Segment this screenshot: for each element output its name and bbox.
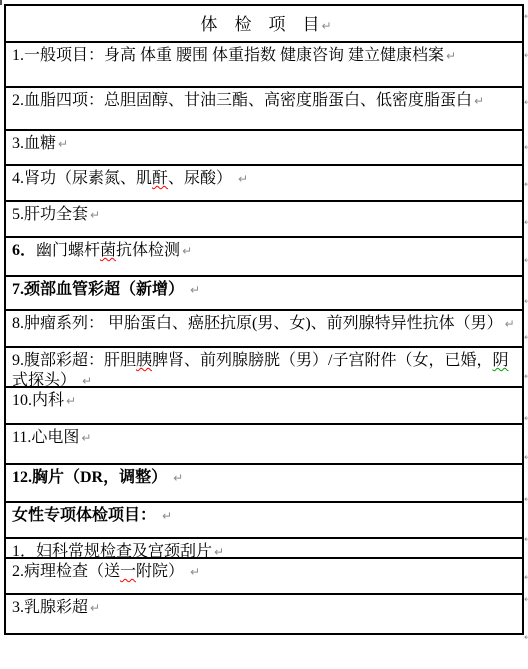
cell-text-title: 体 检 项 目 [200,15,319,34]
paragraph-mark-icon: ↵ [81,431,91,445]
cell-text-female-section-header: 女性专项体检项目： [12,507,160,524]
cell-text-item-10-internal-medicine: 10.内科 [12,392,64,409]
table-row-item-5-liver-function: 5.肝功全套↵ [6,202,522,238]
text-segment: 10.内科 [12,392,64,409]
paragraph-mark-icon: ↵ [82,374,92,388]
row-end-mark-icon: ↵ [524,454,528,463]
row-end-mark-icon: ↵ [524,496,528,505]
text-segment: 2.病理检查（送 [12,563,120,580]
stray-corner-mark [0,0,2,5]
table-row-female-section-header: 女性专项体检项目： ↵ [6,503,522,539]
table-row-item-4-renal-function: 4.肾功（尿素氮、肌酐、尿酸） ↵ [6,166,522,202]
table-row-item-10-internal-medicine: 10.内科↵ [6,388,522,425]
text-segment [76,372,80,388]
paragraph-mark-icon: ↵ [190,565,200,579]
table-row-item-6-h-pylori: 6．幽门螺杆菌抗体检测↵ [6,238,522,277]
row-end-mark-icon: ↵ [524,257,528,266]
word-document-page: 体 检 项 目↵1.一般项目：身高 体重 腰围 体重指数 健康咨询 建立健康档案… [0,0,528,669]
cell-text-item-2-blood-lipids: 2.血脂四项：总胆固醇、甘油三酯、高密度脂蛋白、低密度脂蛋白 [12,92,472,109]
row-end-mark-icon: ↵ [524,181,528,190]
paragraph-mark-icon: ↵ [66,394,76,408]
paragraph-mark-icon: ↵ [190,283,200,297]
text-segment: 体 检 项 目 [200,15,319,34]
cell-text-female-1-gynecology: 1．妇科常规检查及宫颈刮片 [12,543,212,559]
text-segment: 2.血脂四项：总胆固醇、甘油三酯、高密度脂蛋白、低密度脂蛋白 [12,92,472,109]
cell-text-female-2-pathology: 2.病理检查（送一附院） [12,563,188,580]
row-end-mark-icon: ↵ [524,144,528,153]
text-segment: 1．妇科常规检查及宫颈刮片 [12,543,212,559]
table-row-item-1-general: 1.一般项目：身高 体重 腰围 体重指数 健康咨询 建立健康档案↵ [6,43,522,88]
cell-text-item-1-general: 1.一般项目：身高 体重 腰围 体重指数 健康咨询 建立健康档案 [12,47,444,64]
paragraph-mark-icon: ↵ [474,94,484,108]
row-end-mark-icon: ↵ [524,373,528,382]
cell-text-item-11-ecg: 11.心电图 [12,429,79,446]
paragraph-mark-icon: ↵ [214,545,224,559]
text-segment: 7.颈部血管彩超（新增） [12,281,188,298]
text-segment: 3.乳腺彩超 [12,599,88,616]
text-segment: 、尿酸） [168,170,236,187]
text-segment: 女性专项体检项目： [12,507,160,524]
paragraph-mark-icon: ↵ [90,208,100,222]
cell-text-item-8-tumor-markers: 8.肿瘤系列： 甲胎蛋白、癌胚抗原(男、女)、前列腺特异性抗体（男） [12,315,503,332]
table-row-female-2-pathology: 2.病理检查（送一附院） ↵ [6,559,522,595]
exam-items-table: 体 检 项 目↵1.一般项目：身高 体重 腰围 体重指数 健康咨询 建立健康档案… [4,4,524,635]
text-segment: 12.胸片（DR，调整） [12,469,171,486]
text-segment: 4.肾功（尿素氮、肌 [12,170,152,187]
row-end-mark-icon: ↵ [524,298,528,307]
paragraph-mark-icon: ↵ [446,49,456,63]
table-row-title: 体 检 项 目↵ [6,6,522,43]
paragraph-mark-icon: ↵ [321,19,331,33]
text-segment: 3.血糖 [12,135,56,152]
row-end-mark-icon: ↵ [524,99,528,108]
text-segment: 1.一般项目：身高 体重 腰围 体重指数 健康咨询 建立健康档案 [12,47,444,64]
row-end-mark-icon: ↵ [524,415,528,424]
paragraph-mark-icon: ↵ [238,172,248,186]
text-segment: 5.肝功全套 [12,206,88,223]
text-segment: 脾肾、前列腺膀胱（男）/子宫附件（女，已婚， [152,352,492,369]
row-end-mark-icon: ↵ [524,634,528,643]
text-segment: 8.肿瘤系列： 甲胎蛋白、癌胚抗原(男、女)、前列腺特异性抗体（男） [12,315,503,332]
row-end-mark-icon: ↵ [524,574,528,583]
text-segment: 幽门螺杆 [36,242,100,259]
paragraph-mark-icon: ↵ [162,509,172,523]
text-segment: 附院） [136,563,188,580]
row-end-mark-icon: ↵ [524,334,528,343]
red-squiggle-text: 胰 [136,352,152,369]
paragraph-mark-icon: ↵ [173,471,183,485]
row-end-mark-icon: ↵ [524,52,528,61]
red-squiggle-text: 菌 [100,242,116,259]
table-row-item-11-ecg: 11.心电图↵ [6,425,522,465]
text-segment: 9.腹部彩超：肝胆 [12,352,136,369]
paragraph-mark-icon: ↵ [58,137,68,151]
row-end-mark-icon: ↵ [524,13,528,22]
cell-text-item-4-renal-function: 4.肾功（尿素氮、肌酐、尿酸） [12,170,236,187]
paragraph-mark-icon: ↵ [182,244,192,258]
paragraph-mark-icon: ↵ [505,317,515,331]
table-row-item-12-chest-xray: 12.胸片（DR，调整） ↵ [6,465,522,503]
red-squiggle-text: 酐 [152,170,168,187]
text-segment: 6． [12,242,36,259]
table-row-item-7-carotid-ultrasound: 7.颈部血管彩超（新增） ↵ [6,277,522,311]
table-row-item-9-abdominal-ultrasound: 9.腹部彩超：肝胆胰脾肾、前列腺膀胱（男）/子宫附件（女，已婚，阴式探头） ↵ [6,348,522,388]
table-row-female-1-gynecology: 1．妇科常规检查及宫颈刮片↵ [6,539,522,559]
text-segment: 11.心电图 [12,429,79,446]
table-row-item-8-tumor-markers: 8.肿瘤系列： 甲胎蛋白、癌胚抗原(男、女)、前列腺特异性抗体（男）↵ [6,311,522,348]
table-row-item-3-blood-sugar: 3.血糖↵ [6,131,522,166]
row-end-mark-icon: ↵ [524,596,528,605]
cell-text-item-7-carotid-ultrasound: 7.颈部血管彩超（新增） [12,281,188,298]
text-segment: 抗体检测 [116,242,180,259]
cell-text-item-5-liver-function: 5.肝功全套 [12,206,88,223]
cell-text-item-12-chest-xray: 12.胸片（DR，调整） [12,469,171,486]
paragraph-mark-icon: ↵ [90,601,100,615]
table-row-item-2-blood-lipids: 2.血脂四项：总胆固醇、甘油三酯、高密度脂蛋白、低密度脂蛋白↵ [6,88,522,131]
cell-text-item-3-blood-sugar: 3.血糖 [12,135,56,152]
row-end-mark-icon: ↵ [524,536,528,545]
cell-text-item-6-h-pylori: 6．幽门螺杆菌抗体检测 [12,242,180,259]
red-squiggle-text: 一 [120,563,136,580]
table-row-female-3-breast-ultrasound: 3.乳腺彩超↵ [6,595,522,633]
cell-text-female-3-breast-ultrasound: 3.乳腺彩超 [12,599,88,616]
row-end-mark-icon: ↵ [524,219,528,228]
